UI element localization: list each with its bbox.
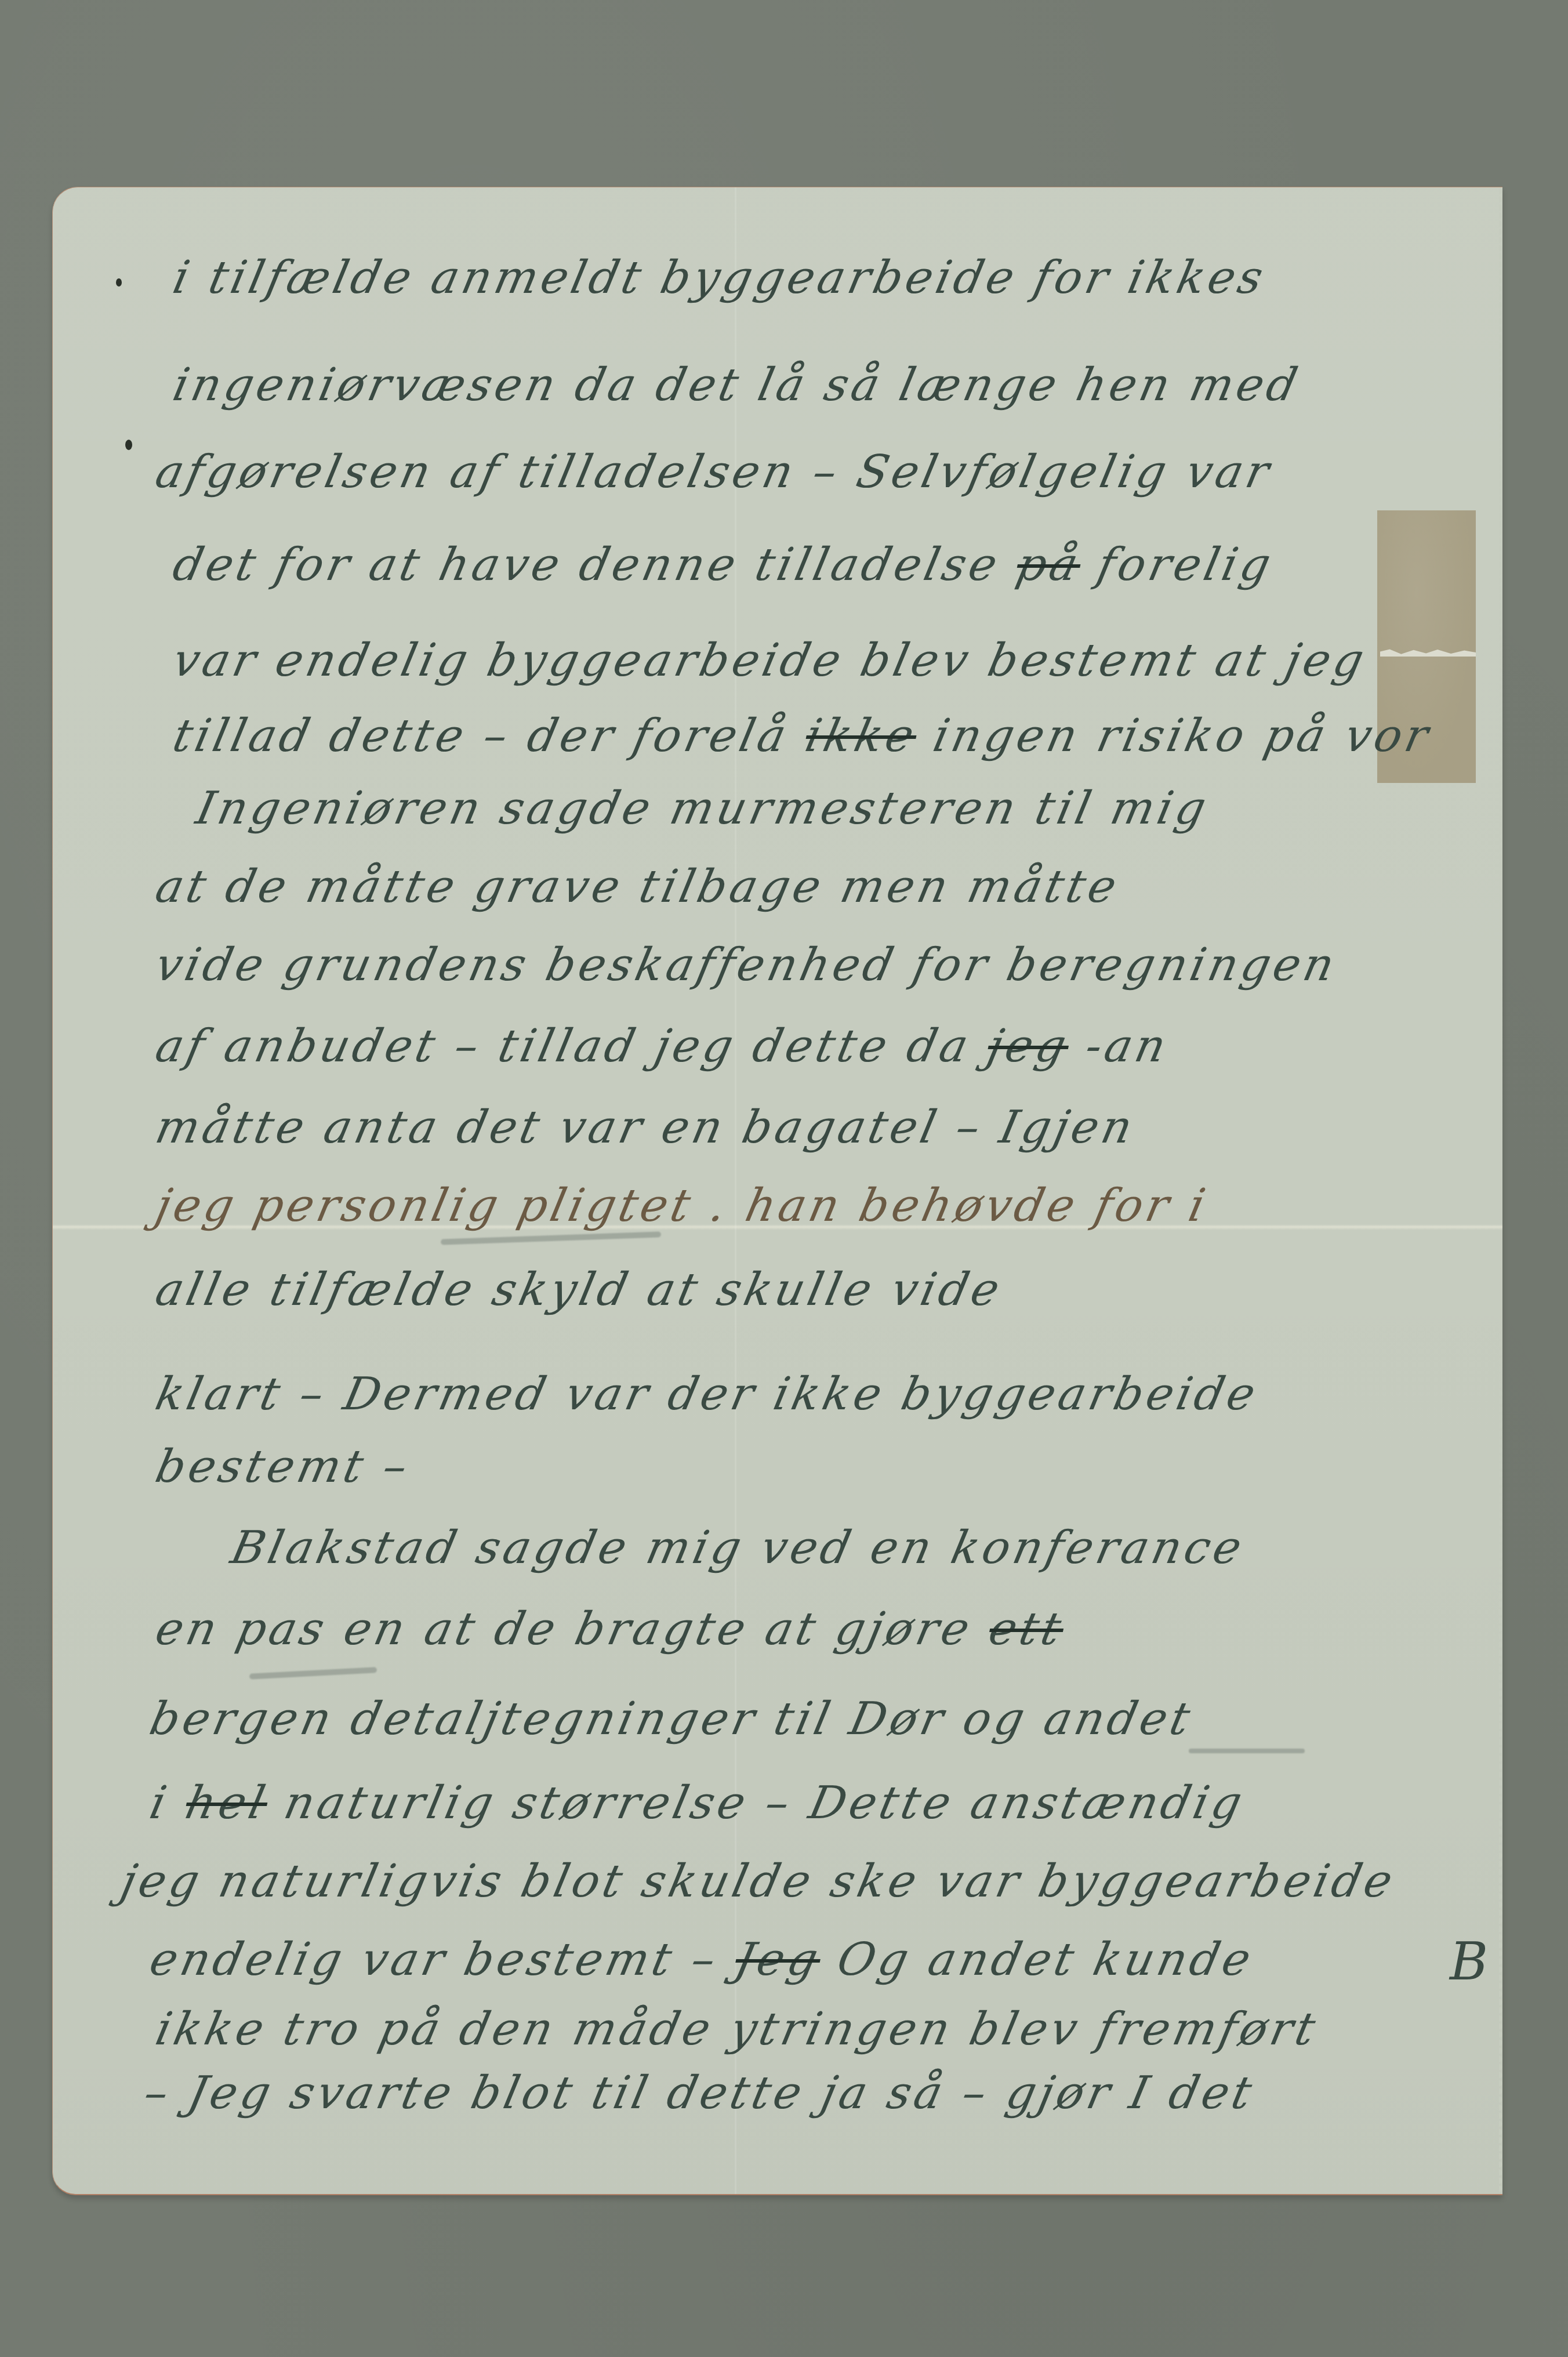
line-text: klart – Dermed var der ikke byggearbeide [151, 1368, 1263, 1420]
perforated-edge [1499, 187, 1506, 2194]
line-text: tillad dette – der forelå [168, 710, 812, 762]
line-text: vide grundens beskaffenhed for beregning… [151, 939, 1342, 991]
punch-hole [125, 440, 132, 450]
handwritten-line: Ingeniøren sagde murmesteren til mig [193, 786, 1213, 831]
handwritten-line: i hel naturlig størrelse – Dette anstænd… [146, 1781, 1249, 1826]
line-text: at de måtte grave tilbage men måtte [151, 861, 1124, 913]
handwritten-line: måtte anta det var en bagatel – Igjen [152, 1105, 1139, 1150]
pencil-underline [1189, 1749, 1305, 1753]
handwritten-line: vide grundens beskaffenhed for beregning… [152, 942, 1342, 988]
line-text: i tilfælde anmeldt byggearbeide for ikke… [168, 252, 1271, 304]
line-text: alle tilfælde skyld at skulle vide [151, 1264, 1007, 1316]
handwritten-line: endelig var bestemt – Jeg Og andet kunde [146, 1937, 1258, 1982]
line-text: – Jeg svarte blot til dette ja så – gjør… [139, 2067, 1260, 2119]
line-text: jeg naturligvis blot skulde ske var bygg… [116, 1855, 1400, 1908]
handwritten-line: at de måtte grave tilbage men måtte [152, 864, 1124, 909]
struck-word: på [1012, 539, 1086, 591]
handwritten-line: af anbudet – tillad jeg dette da jeg -an [152, 1024, 1173, 1069]
struck-word: hel [181, 1777, 273, 1829]
line-text: bergen detaljtegninger til Dør og andet [145, 1693, 1197, 1745]
line-text: en pas en at de bragte at gjøre [151, 1603, 995, 1655]
handwritten-line: en pas en at de bragte at gjøre ett [152, 1607, 1069, 1652]
struck-word: Jeg [731, 1934, 826, 1986]
line-text: bestemt – [151, 1441, 415, 1493]
handwritten-line: jeg naturligvis blot skulde ske var bygg… [117, 1859, 1400, 1904]
handwritten-line: alle tilfælde skyld at skulle vide [152, 1267, 1007, 1312]
line-text: ingeniørvæsen da det lå så længe hen med [168, 359, 1305, 411]
handwritten-line: bestemt – [152, 1444, 415, 1489]
struck-word: jeg [983, 1020, 1074, 1072]
line-text: af anbudet – tillad jeg dette da [151, 1020, 994, 1072]
line-text: Og andet kunde [815, 1934, 1258, 1986]
line-text: Blakstad sagde mig ved en konferance [226, 1522, 1249, 1574]
line-text: det for at have denne tilladelse [168, 539, 1023, 591]
handwritten-line: – Jeg svarte blot til dette ja så – gjør… [140, 2070, 1259, 2116]
handwritten-line: jeg personlig pligtet . han behøvde for … [152, 1183, 1213, 1228]
line-text: -an [1063, 1020, 1174, 1072]
line-text: måtte anta det var en bagatel – Igjen [151, 1101, 1140, 1154]
handwritten-line: i tilfælde anmeldt byggearbeide for ikke… [169, 255, 1271, 300]
line-text: endelig var bestemt – [145, 1934, 741, 1986]
line-text: Ingeniøren sagde murmesteren til mig [191, 782, 1214, 835]
line-text: naturlig størrelse – Dette anstændig [262, 1777, 1250, 1829]
line-text: forelig [1075, 539, 1279, 591]
line-text: var endelig byggearbeide blev bestemt at… [168, 634, 1371, 687]
line-text: afgørelsen af tilladelsen – Selvfølgelig… [151, 446, 1277, 498]
handwritten-line: ingeniørvæsen da det lå så længe hen med [169, 362, 1305, 408]
handwritten-line: det for at have denne tilladelse på fore… [169, 542, 1278, 588]
margin-mark: B [1450, 1931, 1488, 1992]
handwritten-line: Blakstad sagde mig ved en konferance [227, 1525, 1249, 1571]
ink-dot [116, 278, 122, 287]
line-text: ingen risiko på vor [911, 710, 1436, 762]
line-text: ikke tro på den måde ytringen blev fremf… [151, 2003, 1323, 2055]
line-text: jeg personlig pligtet . han behøvde for … [151, 1180, 1213, 1232]
handwritten-line: afgørelsen af tilladelsen – Selvfølgelig… [152, 449, 1276, 495]
struck-word: ikke [801, 710, 922, 762]
handwritten-line: tillad dette – der forelå ikke ingen ris… [169, 713, 1436, 759]
handwritten-line: klart – Dermed var der ikke byggearbeide [152, 1372, 1263, 1417]
handwritten-line: bergen detaljtegninger til Dør og andet [146, 1696, 1197, 1742]
handwritten-line: ikke tro på den måde ytringen blev fremf… [152, 2007, 1323, 2052]
struck-word: ett [985, 1603, 1069, 1655]
handwritten-line: var endelig byggearbeide blev bestemt at… [169, 638, 1371, 683]
